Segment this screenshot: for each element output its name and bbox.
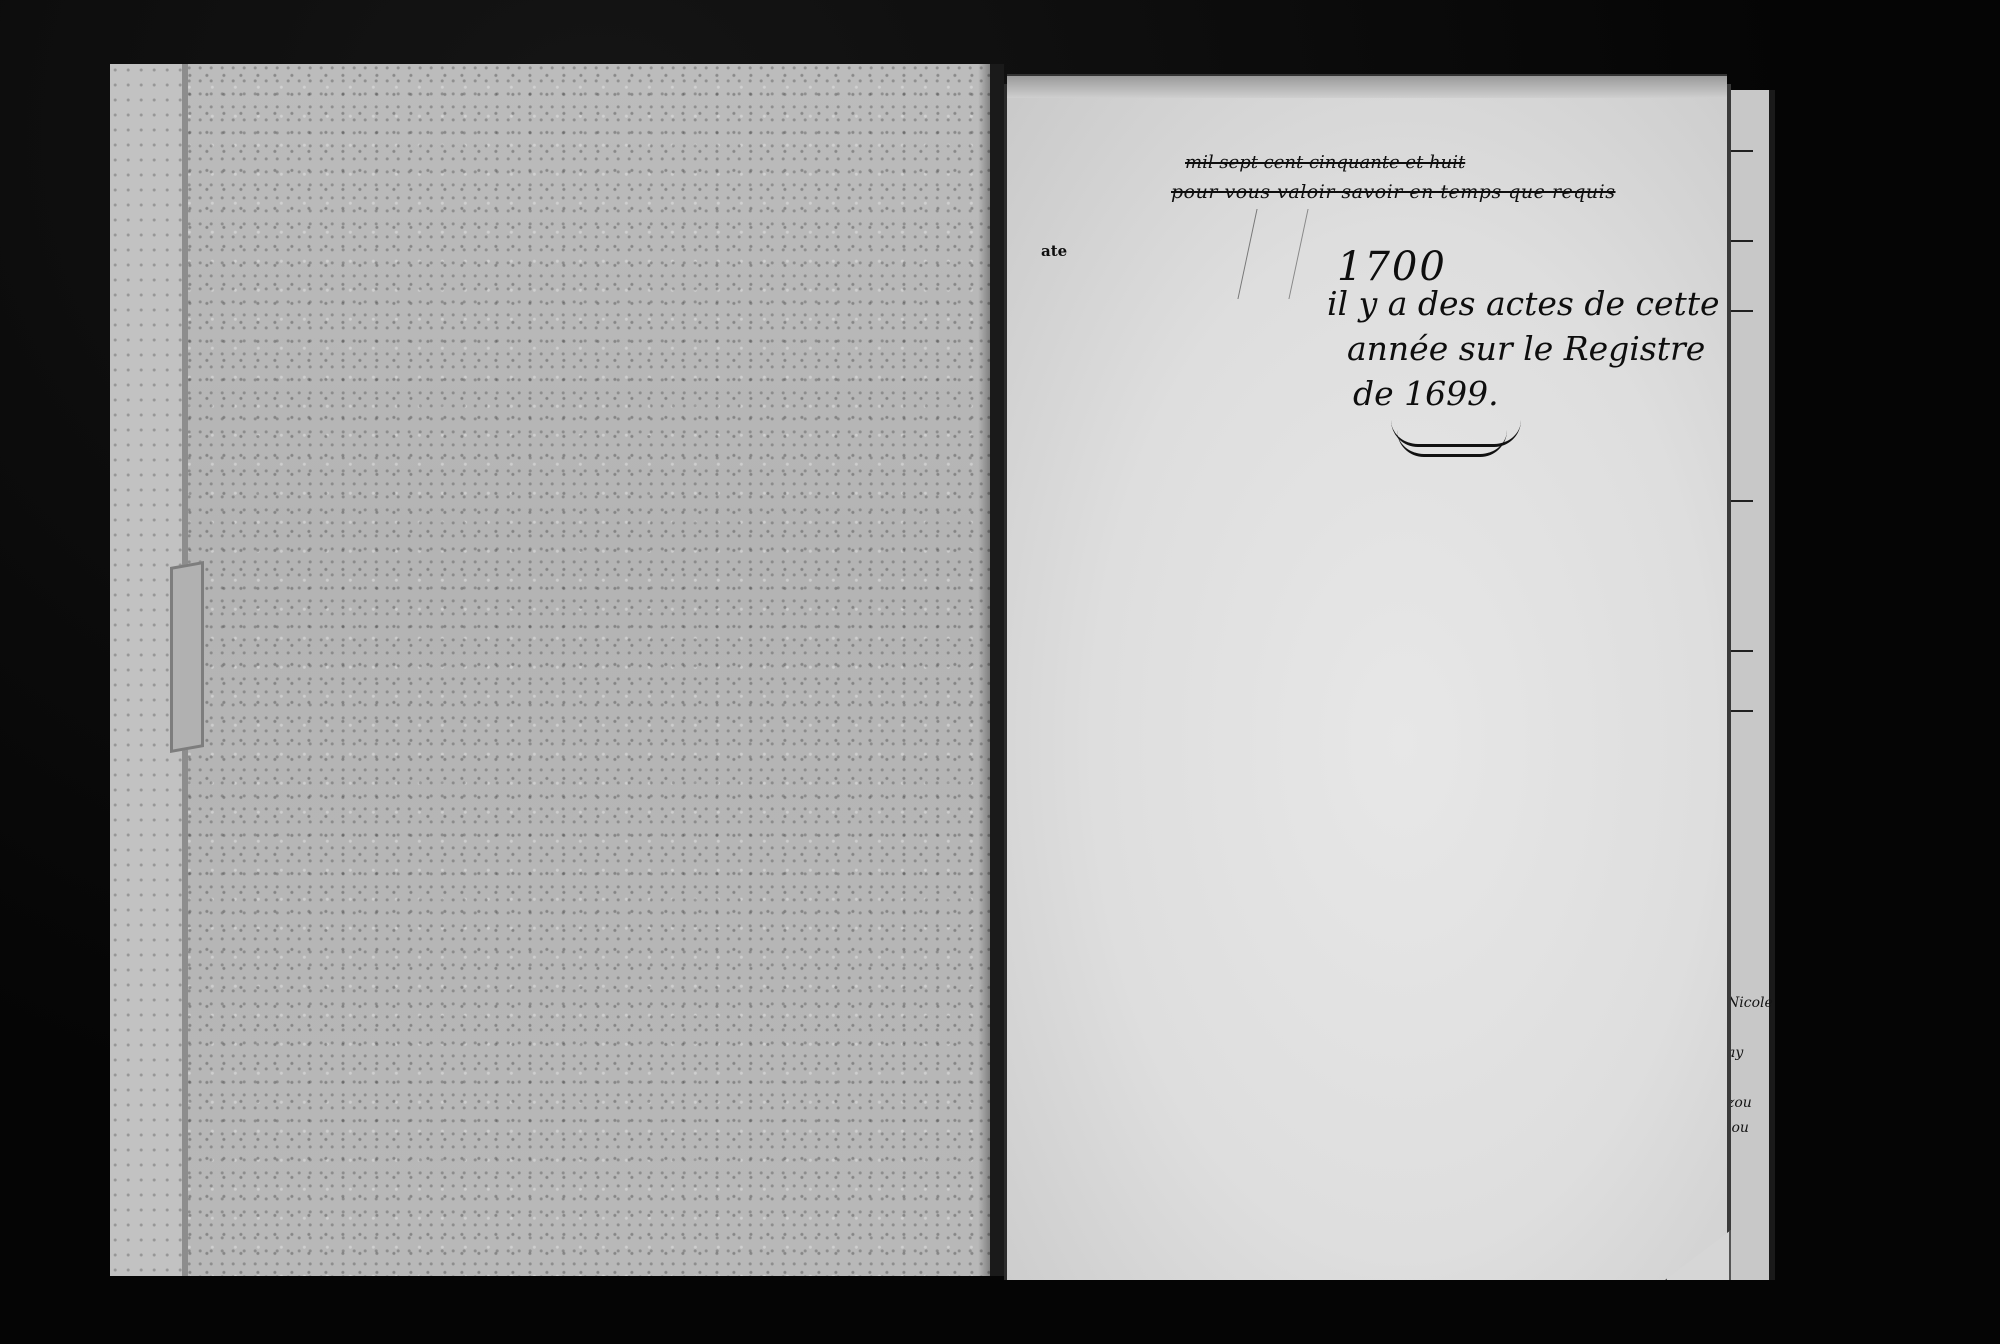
crossed-out-line-2: pour vous valoir savoir en temps que req… — [1171, 181, 1616, 203]
left-page-cover-board — [110, 64, 992, 1276]
cover-flap — [110, 64, 188, 1276]
page-top-edge — [1007, 74, 1727, 98]
signature-flourish — [1397, 430, 1507, 457]
folded-page-corner — [1665, 1230, 1731, 1280]
entry-line-1: il y a des actes de cette — [1327, 284, 1720, 323]
margin-fragment: ate — [1041, 242, 1067, 260]
page-edge-text: Nicole — [1727, 995, 1773, 1011]
book-gutter — [990, 64, 1004, 1276]
entry-line-3: de 1699. — [1353, 374, 1499, 413]
entry-line-2: année sur le Registre — [1347, 329, 1705, 368]
right-page-register: mil sept cent cinquante et huit pour vou… — [1004, 84, 1731, 1280]
paper-tear — [1237, 209, 1308, 299]
torn-flap-notch — [170, 561, 204, 753]
crossed-out-line-1: mil sept cent cinquante et huit — [1185, 152, 1465, 173]
